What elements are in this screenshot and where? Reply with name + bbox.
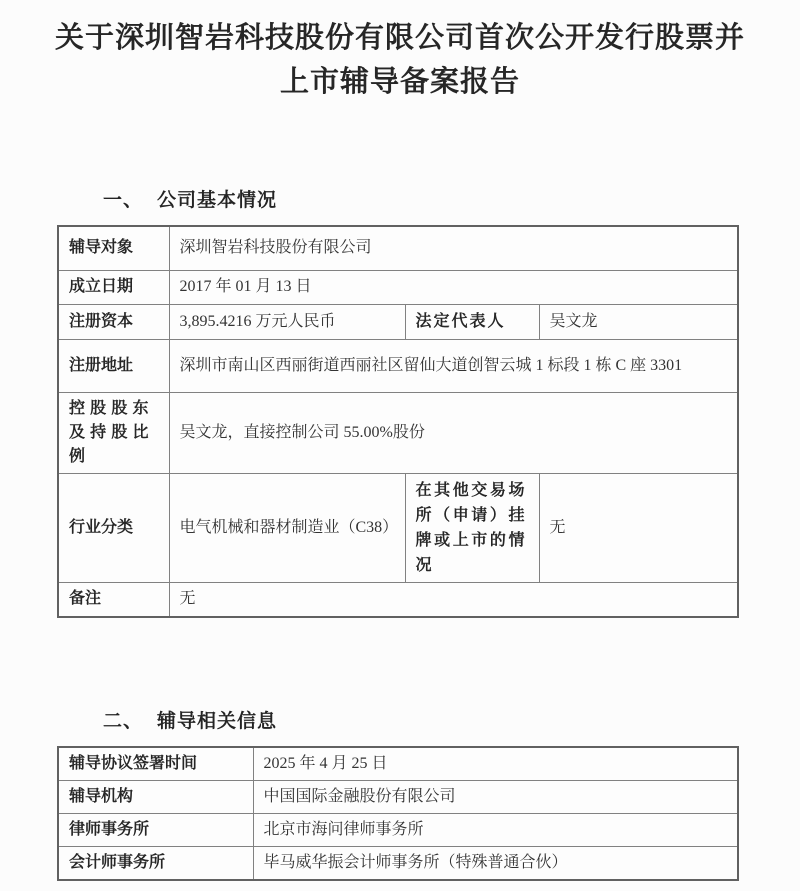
- row-label: 行业分类: [58, 473, 169, 582]
- row-value: 深圳市南山区西丽街道西丽社区留仙大道创智云城 1 标段 1 栋 C 座 3301: [169, 339, 738, 392]
- row-value: 电气机械和器材制造业（C38）: [169, 473, 405, 582]
- row-label: 辅导对象: [58, 226, 169, 270]
- table-row: 辅导机构 中国国际金融股份有限公司: [58, 781, 738, 814]
- row-sub-value: 吴文龙: [539, 304, 738, 339]
- document-page: 关于深圳智岩科技股份有限公司首次公开发行股票并 上市辅导备案报告 一、公司基本情…: [0, 0, 800, 891]
- row-value: 3,895.4216 万元人民币: [169, 304, 405, 339]
- row-label: 辅导协议签署时间: [58, 747, 253, 781]
- guidance-info-table: 辅导协议签署时间 2025 年 4 月 25 日 辅导机构 中国国际金融股份有限…: [57, 746, 739, 881]
- row-value: 2025 年 4 月 25 日: [253, 747, 738, 781]
- row-value: 毕马威华振会计师事务所（特殊普通合伙）: [253, 847, 738, 881]
- section-heading-label: 公司基本情况: [157, 190, 277, 211]
- row-sub-value: 无: [539, 473, 738, 582]
- row-value: 中国国际金融股份有限公司: [253, 781, 738, 814]
- row-label: 会计师事务所: [58, 847, 253, 881]
- table-row: 辅导协议签署时间 2025 年 4 月 25 日: [58, 747, 738, 781]
- company-info-table: 辅导对象 深圳智岩科技股份有限公司 成立日期 2017 年 01 月 13 日 …: [57, 225, 739, 618]
- section-number: 二、: [103, 711, 143, 732]
- section-heading-label: 辅导相关信息: [157, 711, 277, 732]
- table-row: 备注 无: [58, 582, 738, 617]
- row-label: 控股股东及持股比例: [58, 392, 169, 473]
- row-label: 辅导机构: [58, 781, 253, 814]
- row-label: 注册地址: [58, 339, 169, 392]
- row-sub-label: 在其他交易场所（申请）挂牌或上市的情况: [405, 473, 539, 582]
- row-value: 吴文龙，直接控制公司 55.00%股份: [169, 392, 738, 473]
- row-value: 无: [169, 582, 738, 617]
- row-label: 成立日期: [58, 270, 169, 304]
- row-value: 深圳智岩科技股份有限公司: [169, 226, 738, 270]
- row-label: 备注: [58, 582, 169, 617]
- row-value: 北京市海问律师事务所: [253, 814, 738, 847]
- table-row: 控股股东及持股比例 吴文龙，直接控制公司 55.00%股份: [58, 392, 738, 473]
- page-title: 关于深圳智岩科技股份有限公司首次公开发行股票并 上市辅导备案报告: [0, 0, 800, 104]
- row-label: 注册资本: [58, 304, 169, 339]
- table-row: 成立日期 2017 年 01 月 13 日: [58, 270, 738, 304]
- page-title-line-1: 关于深圳智岩科技股份有限公司首次公开发行股票并: [0, 16, 800, 60]
- table-row: 注册资本 3,895.4216 万元人民币 法定代表人 吴文龙: [58, 304, 738, 339]
- table-row: 律师事务所 北京市海问律师事务所: [58, 814, 738, 847]
- table-row: 会计师事务所 毕马威华振会计师事务所（特殊普通合伙）: [58, 847, 738, 881]
- table-row: 注册地址 深圳市南山区西丽街道西丽社区留仙大道创智云城 1 标段 1 栋 C 座…: [58, 339, 738, 392]
- row-sub-label: 法定代表人: [405, 304, 539, 339]
- table-row: 辅导对象 深圳智岩科技股份有限公司: [58, 226, 738, 270]
- section-number: 一、: [103, 190, 143, 211]
- row-label: 律师事务所: [58, 814, 253, 847]
- section-heading-company-info: 一、公司基本情况: [103, 185, 800, 212]
- section-heading-guidance-info: 二、辅导相关信息: [103, 706, 800, 733]
- table-row: 行业分类 电气机械和器材制造业（C38） 在其他交易场所（申请）挂牌或上市的情况…: [58, 473, 738, 582]
- page-title-line-2: 上市辅导备案报告: [0, 60, 800, 104]
- row-value: 2017 年 01 月 13 日: [169, 270, 738, 304]
